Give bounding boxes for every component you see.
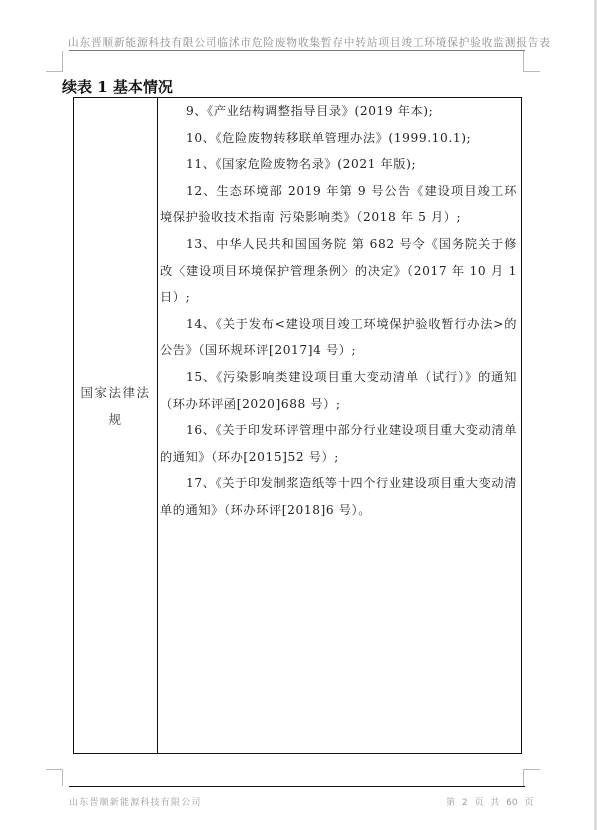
footer-company: 山东晋顺新能源科技有限公司	[69, 795, 202, 808]
row-label-cell: 国家法律法规	[74, 98, 157, 753]
crop-mark-bottom-right	[523, 769, 524, 786]
regulation-item: 14、《关于发布<建设项目竣工环境保护验收暂行办法>的公告》（国环规环评[201…	[160, 311, 517, 364]
running-header: 山东晋顺新能源科技有限公司临沭市危险废物收集暂存中转站项目竣工环境保护验收监测报…	[68, 35, 528, 50]
crop-mark-bottom-left	[62, 769, 63, 786]
column-divider	[157, 98, 158, 753]
basic-info-table: 国家法律法规 9、《产业结构调整指导目录》(2019 年本); 10、《危险废物…	[73, 97, 522, 754]
regulation-item: 15、《污染影响类建设项目重大变动清单（试行）》的通知（环办环评函[2020]6…	[160, 364, 517, 417]
row-label: 国家法律法规	[78, 379, 154, 433]
regulation-item: 16、《关于印发环评管理中部分行业建设项目重大变动清单的通知》（环办[2015]…	[160, 417, 517, 470]
crop-mark-bottom-left	[46, 769, 62, 770]
page-number: 第 2 页 共 60 页	[446, 795, 533, 808]
regulation-item: 9、《产业结构调整指导目录》(2019 年本);	[160, 98, 517, 125]
footer-rule	[69, 786, 525, 787]
regulation-item: 10、《危险废物转移联单管理办法》(1999.10.1);	[160, 125, 517, 152]
regulations-list: 9、《产业结构调整指导目录》(2019 年本); 10、《危险废物转移联单管理办…	[160, 98, 517, 524]
regulation-item: 13、中华人民共和国国务院 第 682 号令《国务院关于修改〈建设项目环境保护管…	[160, 231, 517, 311]
regulation-item: 17、《关于印发制浆造纸等十四个行业建设项目重大变动清单的通知》（环办环评[20…	[160, 470, 517, 523]
crop-mark-top-left	[62, 51, 63, 72]
crop-mark-top-left	[46, 71, 62, 72]
header-rule	[69, 50, 525, 51]
crop-mark-top-right	[523, 51, 524, 72]
section-title: 续表 1 基本情况	[62, 76, 173, 97]
crop-mark-bottom-right	[523, 769, 540, 770]
crop-mark-top-right	[523, 71, 540, 72]
regulation-item: 11、《国家危险废物名录》(2021 年版);	[160, 151, 517, 178]
regulation-item: 12、生态环境部 2019 年第 9 号公告《建设项目竣工环境保护验收技术指南 …	[160, 178, 517, 231]
